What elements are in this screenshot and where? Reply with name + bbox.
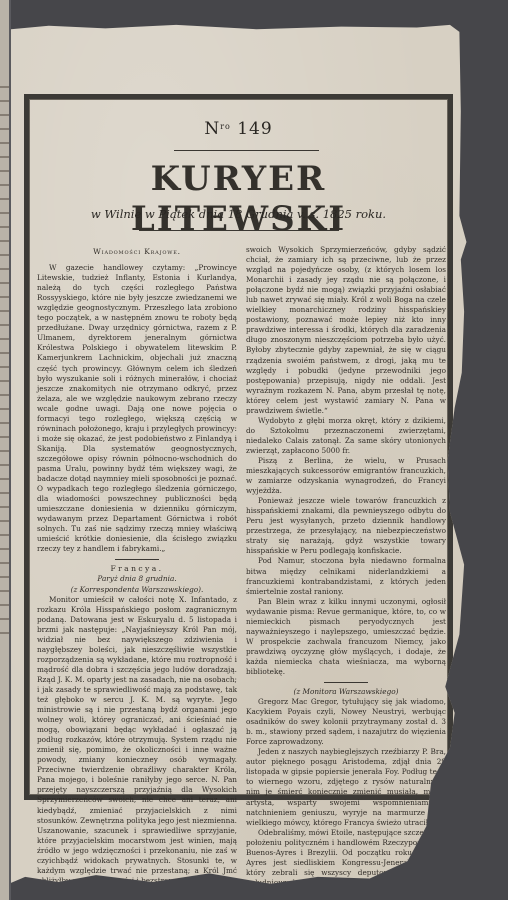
adjacent-page-edge	[0, 0, 11, 900]
article-paragraph: Wydobyto z głębi morza okręt, który z dz…	[246, 416, 446, 456]
masthead-rule-top	[174, 150, 319, 151]
page-border-frame: Nro 149 KURYER LITEWSKI w Wilnie w Piąte…	[24, 94, 453, 800]
article-paragraph: Pan Blein wraz z kilku innymi uczonymi, …	[246, 597, 446, 677]
article-columns: Wiadomości Krajowe. W gazecie handlowey …	[35, 245, 443, 785]
newspaper-page: Nro 149 KURYER LITEWSKI w Wilnie w Piąte…	[11, 24, 483, 896]
article-paragraph: Jeden z naszych naybieglejszych rzeźbiar…	[246, 747, 446, 827]
article-paragraph: swoich Wysokich Sprzymierzeńców, gdyby s…	[246, 245, 446, 416]
adjacent-page-text	[0, 80, 9, 640]
left-column: Wiadomości Krajowe. W gazecie handlowey …	[37, 245, 237, 886]
article-paragraph: Gregorz Mac Gregor, tytułujący się jak w…	[246, 697, 446, 747]
section-divider	[115, 559, 159, 560]
section-heading-domestic: Wiadomości Krajowe.	[37, 247, 237, 257]
section-divider	[324, 682, 368, 683]
section-heading-foreign: Francya.	[37, 564, 237, 574]
masthead-rule-bottom	[139, 230, 339, 231]
masthead: Nro 149 KURYER LITEWSKI w Wilnie w Piąte…	[29, 99, 448, 239]
issue-number: Nro 149	[29, 119, 448, 139]
right-column: swoich Wysokich Sprzymierzeńców, gdyby s…	[246, 245, 446, 898]
article-paragraph: Monitor umieścił w całości notę X. Infan…	[37, 595, 237, 886]
article-paragraph: Ponieważ jeszcze wiele towarów francuzki…	[246, 496, 446, 556]
issue-sup: ro	[220, 122, 231, 131]
article-paragraph: Odebraliśmy, mówi Etoile, następujące sz…	[246, 828, 446, 898]
article-paragraph: W gazecie handlowey czytamy: „Prowincye …	[37, 263, 237, 554]
article-paragraph: Pod Namur, stoczona była niedawno formal…	[246, 556, 446, 596]
issue-label: N	[204, 119, 220, 139]
source-heading: (z Monitora Warszawskiego)	[246, 687, 446, 697]
dateline: w Wilnie w Piątek dnia 18 Grudnia v. s. …	[29, 207, 448, 221]
foreign-source: (z Korrespondenta Warszawskiego).	[37, 585, 237, 595]
foreign-dateline: Paryż dnia 8 grudnia.	[37, 574, 237, 584]
article-paragraph: Piszą z Berlina, że wielu, w Prusach mie…	[246, 456, 446, 496]
issue-number-value: 149	[237, 119, 272, 139]
newspaper-title: KURYER LITEWSKI	[29, 159, 448, 239]
